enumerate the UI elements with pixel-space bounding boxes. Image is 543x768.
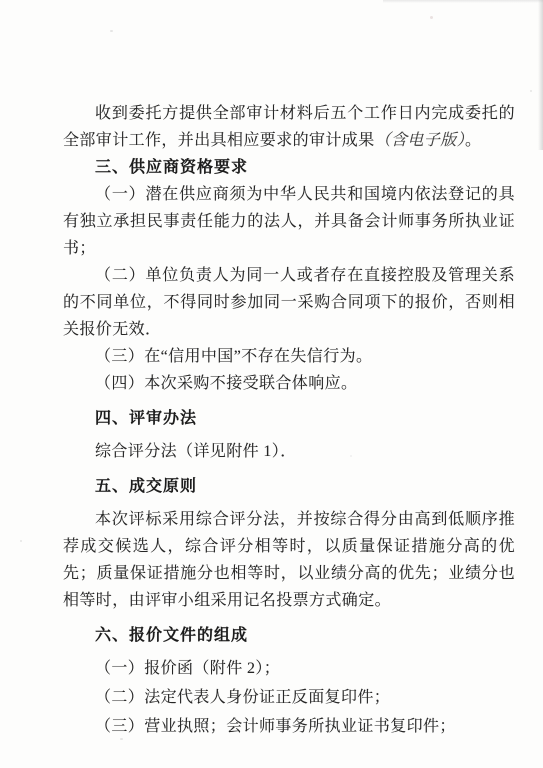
section-heading-quotation-documents: 六、报价文件的组成 — [63, 622, 515, 649]
scan-speck — [430, 16, 433, 19]
award-principle-text: 本次评标采用综合评分法，并按综合得分由高到低顺序推荐成交候选人，综合评分相等时，… — [63, 506, 515, 614]
qualification-clause-2: （二）单位负责人为同一人或者存在直接控股及管理关系的不同单位，不得同时参加同一采… — [63, 262, 515, 343]
evaluation-method-text: 综合评分法（详见附件 1）． — [63, 438, 515, 465]
quotation-document-item-1: （一）报价函（附件 2）； — [63, 655, 515, 682]
document-content: 收到委托方提供全部审计材料后五个工作日内完成委托的全部审计工作，并出具相应要求的… — [63, 100, 515, 740]
intro-paragraph: 收到委托方提供全部审计材料后五个工作日内完成委托的全部审计工作，并出具相应要求的… — [63, 100, 515, 154]
section-heading-evaluation-method: 四、评审办法 — [63, 405, 515, 432]
section-heading-supplier-qualification: 三、供应商资格要求 — [63, 154, 515, 181]
scan-edge-shadow-top — [383, 0, 543, 3]
qualification-clause-3: （三）在“信用中国”不存在失信行为。 — [63, 343, 515, 370]
quotation-document-item-3: （三）营业执照；会计师事务所执业证书复印件； — [63, 713, 515, 740]
qualification-clause-1: （一）潜在供应商须为中华人民共和国境内依法登记的具有独立承担民事责任能力的法人，… — [63, 181, 515, 262]
intro-period: 。 — [465, 132, 481, 149]
scan-speck — [110, 30, 113, 32]
quotation-document-item-2: （二）法定代表人身份证正反面复印件； — [63, 684, 515, 711]
intro-note-electronic-copy: （含电子版） — [375, 132, 465, 149]
section-heading-award-principle: 五、成交原则 — [63, 473, 515, 500]
qualification-clause-4: （四）本次采购不接受联合体响应。 — [63, 370, 515, 397]
scan-speck — [20, 540, 22, 542]
document-page: 收到委托方提供全部审计材料后五个工作日内完成委托的全部审计工作，并出具相应要求的… — [0, 0, 543, 768]
scan-speck — [530, 90, 532, 92]
scan-edge-shadow-right — [538, 0, 543, 150]
